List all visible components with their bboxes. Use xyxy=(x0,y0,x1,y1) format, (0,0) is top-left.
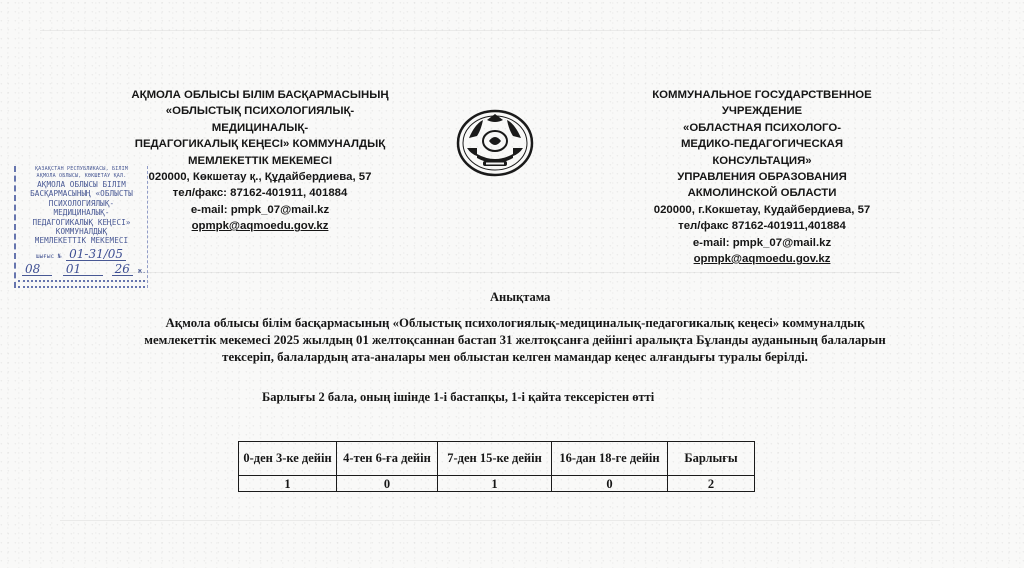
table-row: 1 0 1 0 2 xyxy=(239,476,755,492)
org-name-line: АҚМОЛА ОБЛЫСЫ БІЛІМ БАСҚАРМАСЫНЫҢ xyxy=(112,87,408,103)
stamp-small-line: ҚАЗАҚСТАН РЕСПУБЛИКАСЫ, БІЛІМ xyxy=(16,166,147,173)
stamp-date-month: 01 xyxy=(63,263,103,276)
stamp-border-pattern xyxy=(18,280,145,288)
paragraph-line: мемлекеттік мекемесі 2025 жылдың 01 желт… xyxy=(130,332,900,349)
stamp-line: БАСҚАРМАСЫНЫҢ «ОБЛЫСТЫ xyxy=(16,189,147,198)
stamp-reg-number: 01-31/05 xyxy=(66,248,126,261)
scan-artifact xyxy=(120,272,900,273)
document-title: Анықтама xyxy=(490,290,610,305)
scan-artifact xyxy=(60,520,940,521)
table-cell: 0 xyxy=(337,476,438,492)
stamp-registration-number: шығыс № 01-31/05 xyxy=(16,248,147,262)
paragraph-line: Ақмола облысы білім басқармасының «Облыс… xyxy=(130,315,900,332)
stamp-line: ПЕДАГОГИКАЛЫҚ КЕҢЕСІ» xyxy=(16,218,147,227)
table-header-row: 0-ден 3-ке дейін 4-тен 6-ға дейін 7-ден … xyxy=(239,442,755,476)
stamp-small-line: АҚМОЛА ОБЛЫСЫ, КӨКШЕТАУ ҚАЛ. xyxy=(16,173,147,180)
stamp-date-year: 26 xyxy=(112,263,133,276)
registration-stamp: ҚАЗАҚСТАН РЕСПУБЛИКАСЫ, БІЛІМ АҚМОЛА ОБЛ… xyxy=(14,166,148,288)
kazakhstan-state-emblem-icon xyxy=(455,108,535,178)
org-name-line: АКМОЛИНСКОЙ ОБЛАСТИ xyxy=(612,185,912,201)
table-cell: 1 xyxy=(239,476,337,492)
org-name-line: КОНСУЛЬТАЦИЯ» xyxy=(612,153,912,169)
email: e-mail: pmpk_07@mail.kz xyxy=(612,235,912,251)
org-name-line: МЕДИКО-ПЕДАГОГИЧЕСКАЯ xyxy=(612,136,912,152)
stamp-line: МЕМЛЕКЕТТІК МЕКЕМЕСІ xyxy=(16,236,147,245)
email-link[interactable]: opmpk@aqmoedu.gov.kz xyxy=(112,218,408,234)
email-link[interactable]: opmpk@aqmoedu.gov.kz xyxy=(612,251,912,267)
phone: тел/факс 87162-401911,401884 xyxy=(612,218,912,234)
stamp-line: МЕДИЦИНАЛЫҚ- xyxy=(16,208,147,217)
org-name-line: «ОБЛЫСТЫҚ ПСИХОЛОГИЯЛЫҚ- xyxy=(112,103,408,119)
stamp-date: 08 01 26 ж. xyxy=(16,263,147,276)
address: 020000, Көкшетау қ., Құдайбердиева, 57 xyxy=(112,169,408,185)
phone: тел/факс: 87162-401911, 401884 xyxy=(112,185,408,201)
stamp-line: ПСИХОЛОГИЯЛЫҚ- xyxy=(16,199,147,208)
stamp-line: КОММУНАЛДЫҚ xyxy=(16,227,147,236)
org-name-line: ПЕДАГОГИКАЛЫҚ КЕҢЕСІ» КОММУНАЛДЫҚ xyxy=(112,136,408,152)
column-header: 4-тен 6-ға дейін xyxy=(337,442,438,476)
column-header: 7-ден 15-ке дейін xyxy=(438,442,552,476)
header-right-russian: КОММУНАЛЬНОЕ ГОСУДАРСТВЕННОЕ УЧРЕЖДЕНИЕ … xyxy=(612,87,912,267)
stamp-line: АҚМОЛА ОБЛЫСЫ БІЛІМ xyxy=(16,180,147,189)
org-name-line: МЕДИЦИНАЛЫҚ- xyxy=(112,120,408,136)
stamp-date-suffix: ж. xyxy=(138,267,146,275)
scan-artifact xyxy=(40,30,940,31)
table-cell: 0 xyxy=(552,476,668,492)
email: e-mail: pmpk_07@mail.kz xyxy=(112,202,408,218)
stamp-reg-label: шығыс № xyxy=(36,253,61,260)
summary-text: Барлығы 2 бала, оның ішінде 1-і бастапқы… xyxy=(262,390,682,405)
column-header: 16-дан 18-ге дейін xyxy=(552,442,668,476)
table-cell: 2 xyxy=(668,476,755,492)
org-name-line: МЕМЛЕКЕТТІК МЕКЕМЕСІ xyxy=(112,153,408,169)
address: 020000, г.Кокшетау, Кудайбердиева, 57 xyxy=(612,202,912,218)
paragraph-line: тексеріп, балалардың ата-аналары мен обл… xyxy=(130,349,900,366)
column-header: 0-ден 3-ке дейін xyxy=(239,442,337,476)
stamp-date-day: 08 xyxy=(22,263,52,276)
age-group-table: 0-ден 3-ке дейін 4-тен 6-ға дейін 7-ден … xyxy=(238,441,755,492)
header-left-kazakh: АҚМОЛА ОБЛЫСЫ БІЛІМ БАСҚАРМАСЫНЫҢ «ОБЛЫС… xyxy=(112,87,408,235)
table-cell: 1 xyxy=(438,476,552,492)
column-header: Барлығы xyxy=(668,442,755,476)
org-name-line: УПРАВЛЕНИЯ ОБРАЗОВАНИЯ xyxy=(612,169,912,185)
org-name-line: КОММУНАЛЬНОЕ ГОСУДАРСТВЕННОЕ УЧРЕЖДЕНИЕ xyxy=(612,87,912,120)
document-body: Ақмола облысы білім басқармасының «Облыс… xyxy=(130,315,900,365)
org-name-line: «ОБЛАСТНАЯ ПСИХОЛОГО- xyxy=(612,120,912,136)
